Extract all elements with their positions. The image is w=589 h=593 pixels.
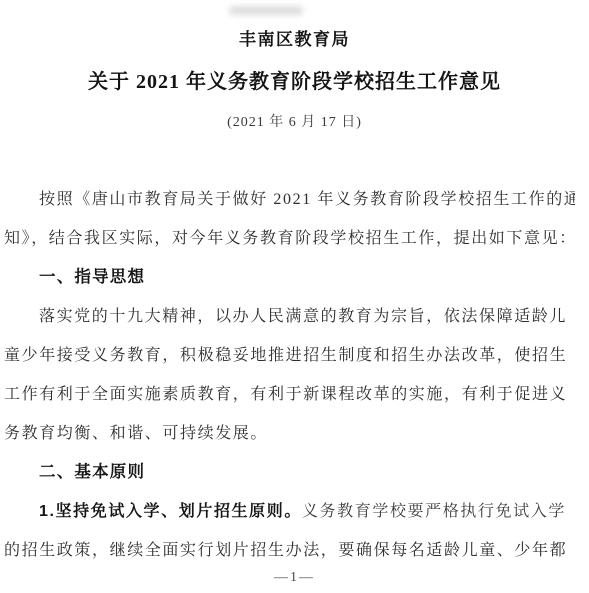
issuing-authority-title: 丰南区教育局 — [0, 25, 589, 50]
scan-artifact-smudge — [229, 6, 303, 15]
document-title: 关于 2021 年义务教育阶段学校招生工作意见 — [0, 65, 589, 94]
section-2-heading: 二、基本原则 — [4, 453, 575, 492]
document-page: 丰南区教育局 关于 2021 年义务教育阶段学校招生工作意见 (2021 年 6… — [0, 0, 589, 593]
document-body: 按照《唐山市教育局关于做好 2021 年义务教育阶段学校招生工作的通 知》，结合… — [0, 180, 589, 570]
section-1-paragraph-line-3: 工作有利于全面实施素质教育，有利于新课程改革的实施，有利于促进义 — [4, 375, 575, 414]
section-2-item-1-line-2: 的招生政策，继续全面实行划片招生办法，要确保每名适龄儿童、少年都 — [4, 531, 575, 570]
section-1-heading: 一、指导思想 — [4, 258, 575, 297]
document-date: (2021 年 6 月 17 日) — [0, 111, 589, 131]
intro-paragraph-line-2: 知》，结合我区实际，对今年义务教育阶段学校招生工作，提出如下意见： — [4, 219, 575, 258]
intro-paragraph-line-1: 按照《唐山市教育局关于做好 2021 年义务教育阶段学校招生工作的通 — [4, 180, 575, 219]
page-number: —1— — [0, 570, 589, 586]
section-1-paragraph-line-2: 童少年接受义务教育，积极稳妥地推进招生制度和招生办法改革，使招生 — [4, 336, 575, 375]
section-2-item-1-lead: 1.坚持免试入学、划片招生原则。 — [39, 503, 302, 520]
section-2-item-1-line-1: 1.坚持免试入学、划片招生原则。义务教育学校要严格执行免试入学 — [4, 492, 575, 531]
section-1-paragraph-line-4: 务教育均衡、和谐、可持续发展。 — [4, 414, 575, 453]
section-1-paragraph-line-1: 落实党的十九大精神，以办人民满意的教育为宗旨，依法保障适龄儿 — [4, 297, 575, 336]
section-2-item-1-rest: 义务教育学校要严格执行免试入学 — [302, 503, 566, 520]
